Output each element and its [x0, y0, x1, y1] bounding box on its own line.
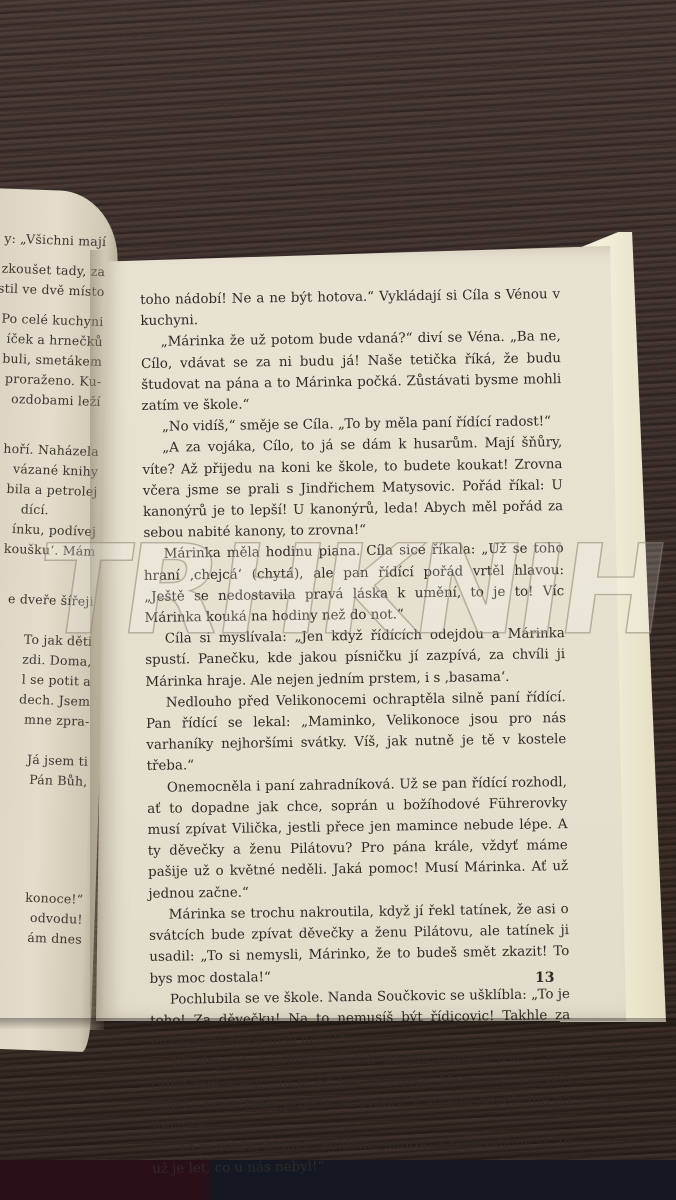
paragraph: „To je dobře, tatínku. Půjdeme naproti a… — [152, 1132, 573, 1180]
left-page-line: bila a petrolej — [6, 481, 98, 499]
paragraph: Onemocněla i paní zahradníková. Už se pa… — [147, 772, 569, 905]
paragraph: „A za vojáka, Cílo, to já se dám k husar… — [142, 433, 563, 545]
left-page-line: proraženo. Ku- — [5, 371, 102, 389]
book-shadow — [0, 1018, 676, 1030]
left-page-line: mne zpra- — [24, 712, 90, 729]
left-page-line: dící. — [21, 501, 49, 517]
paragraph: „Márinka že už potom bude vdaná?“ diví s… — [141, 327, 562, 418]
left-page-line: Pán Bůh, — [29, 772, 88, 789]
left-page-line: íček a hrnečků — [6, 331, 103, 349]
left-page-line: Po celé kuchyni — [1, 311, 103, 330]
paragraph: Nedlouho před Velikonocemi ochraptěla si… — [146, 687, 567, 778]
left-page-line: konoce!“ — [25, 890, 84, 907]
paragraph: Tři dny před květnou nedělí dostali řídí… — [151, 1047, 572, 1138]
left-page-line: odvodu! — [30, 910, 83, 927]
book-gutter — [90, 250, 104, 1030]
page-number: 13 — [535, 970, 554, 986]
left-page-line: vázané knihy — [13, 461, 99, 479]
left-page-line: dech. Jsem — [19, 691, 91, 708]
left-page-line: zdi. Doma, — [22, 651, 92, 668]
left-page-line: koušku‘. Mám — [4, 541, 96, 559]
left-page-line: ozdobami leží — [11, 391, 101, 409]
left-page-line: buli, smetákem — [2, 351, 102, 369]
left-page-line: l se potit a — [22, 671, 92, 688]
paragraph: toho nádobí! Ne a ne být hotova.“ Vyklád… — [140, 284, 561, 332]
right-page-text: toho nádobí! Ne a ne být hotova.“ Vyklád… — [140, 284, 572, 1180]
paragraph: Márinka se trochu nakroutila, když jí ře… — [149, 899, 570, 990]
left-page-line: e dveře šířeji — [8, 591, 94, 609]
left-page-line: y: „Všichni mají — [4, 231, 106, 250]
left-page-line: To jak děti — [24, 632, 93, 649]
paragraph: Cíla si myslívala: „Jen když řídících od… — [145, 623, 566, 692]
left-page-line: ám dnes — [27, 930, 82, 947]
left-page-line: hoří. Naházela — [3, 441, 99, 459]
paragraph: Márinka měla hodinu piana. Cíla sice řík… — [144, 539, 565, 630]
left-page-line: ínku, podívej — [12, 521, 97, 539]
left-page-line: Já jsem ti — [27, 752, 88, 769]
